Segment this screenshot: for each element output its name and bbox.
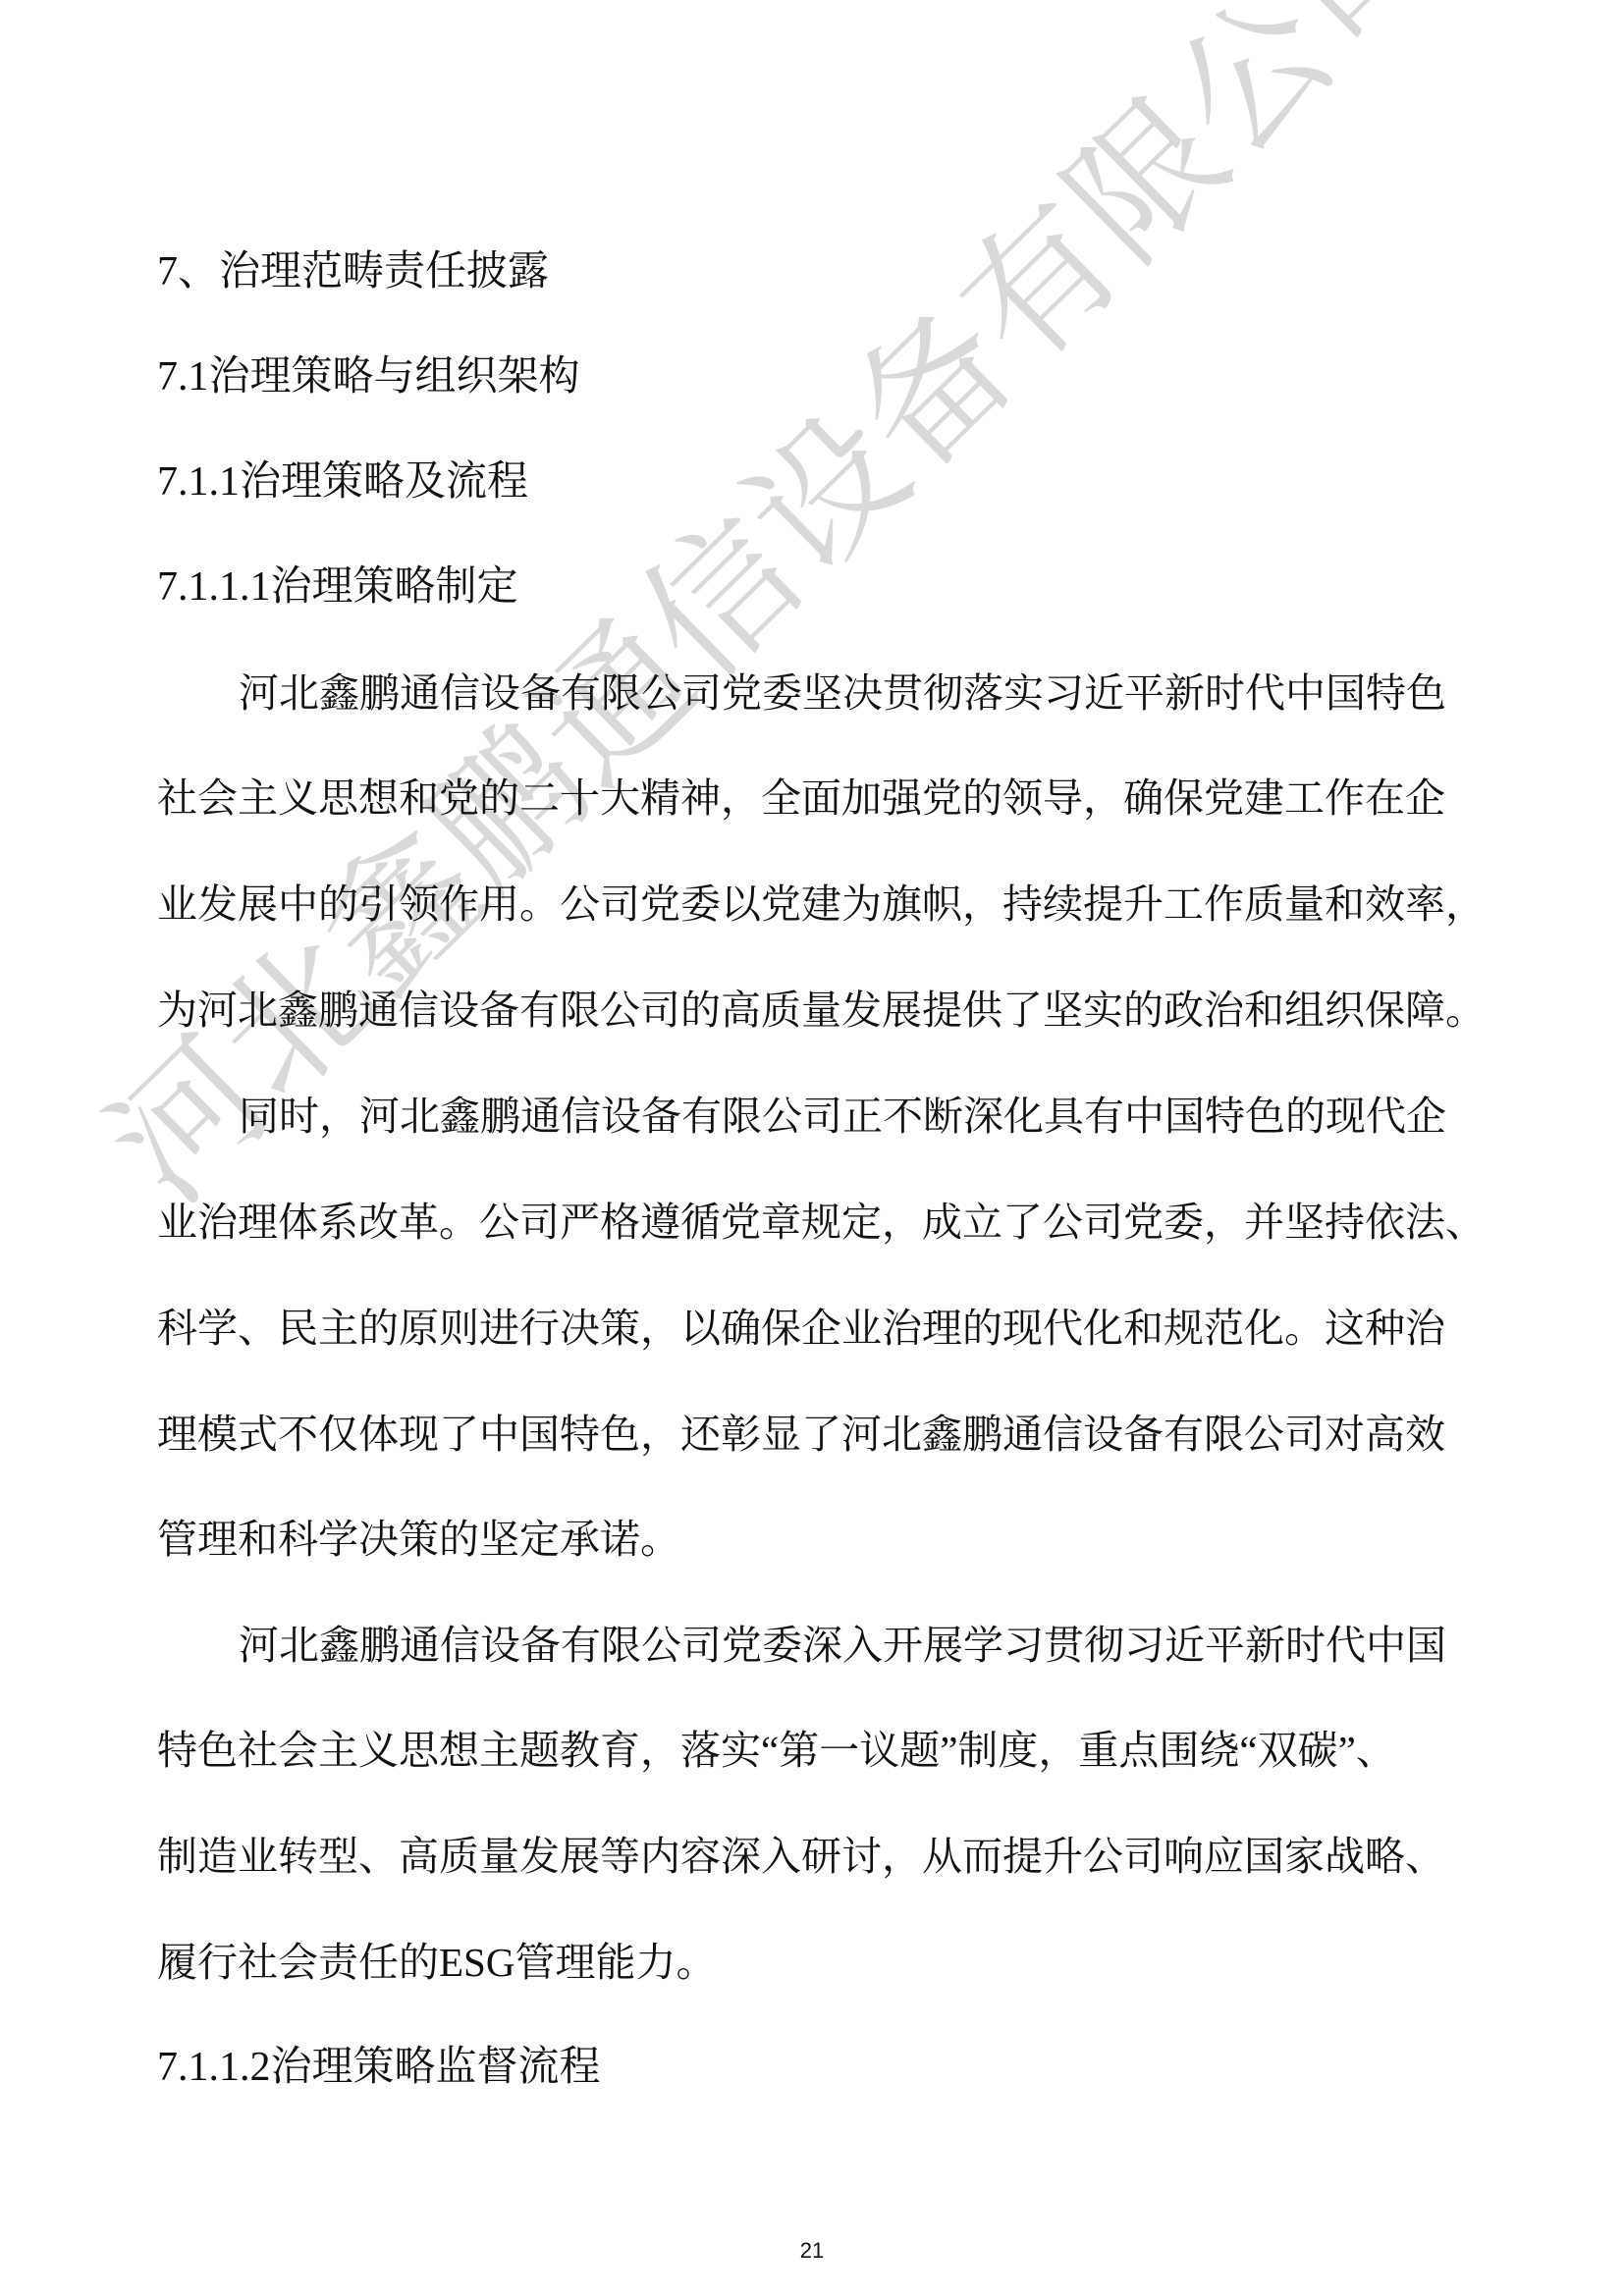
company-watermark: 河北鑫鹏通信设备有限公司 — [85, 0, 1519, 1225]
paragraph-line: 河北鑫鹏通信设备有限公司党委坚决贯彻落实习近平新时代中国特色 — [239, 668, 1446, 718]
document-page: 河北鑫鹏通信设备有限公司 7、治理范畴责任披露 7.1治理策略与组织架构 7.1… — [0, 0, 1624, 2296]
paragraph-line: 管理和科学决策的坚定承诺。 — [157, 1515, 680, 1564]
paragraph-line: 为河北鑫鹏通信设备有限公司的高质量发展提供了坚实的政治和组织保障。 — [157, 986, 1486, 1035]
paragraph-line: 业治理体系改革。公司严格遵循党章规定，成立了公司党委，并坚持依法、 — [157, 1198, 1486, 1247]
section-heading-7-1-1-2: 7.1.1.2治理策略监督流程 — [157, 2043, 601, 2092]
paragraph-line: 特色社会主义思想主题教育，落实“第一议题”制度，重点围绕“双碳”、 — [157, 1726, 1396, 1775]
section-heading-7: 7、治理范畴责任披露 — [157, 247, 549, 296]
paragraph-line: 履行社会责任的ESG管理能力。 — [157, 1938, 716, 1987]
paragraph-line: 河北鑫鹏通信设备有限公司党委深入开展学习贯彻习近平新时代中国 — [239, 1621, 1446, 1670]
paragraph-line: 科学、民主的原则进行决策，以确保企业治理的现代化和规范化。这种治 — [157, 1304, 1445, 1353]
paragraph-line: 同时，河北鑫鹏通信设备有限公司正不断深化具有中国特色的现代企 — [239, 1092, 1446, 1141]
paragraph-line: 业发展中的引领作用。公司党委以党建为旗帜，持续提升工作质量和效率， — [157, 880, 1486, 929]
paragraph-line: 社会主义思想和党的二十大精神，全面加强党的领导，确保党建工作在企 — [157, 774, 1445, 823]
page-number: 21 — [0, 2238, 1624, 2264]
paragraph-line: 制造业转型、高质量发展等内容深入研讨，从而提升公司响应国家战略、 — [157, 1832, 1445, 1881]
section-heading-7-1-1: 7.1.1治理策略及流程 — [157, 457, 528, 507]
paragraph-line: 理模式不仅体现了中国特色，还彰显了河北鑫鹏通信设备有限公司对高效 — [157, 1410, 1445, 1459]
section-heading-7-1-1-1: 7.1.1.1治理策略制定 — [157, 562, 518, 612]
section-heading-7-1: 7.1治理策略与组织架构 — [157, 352, 580, 401]
